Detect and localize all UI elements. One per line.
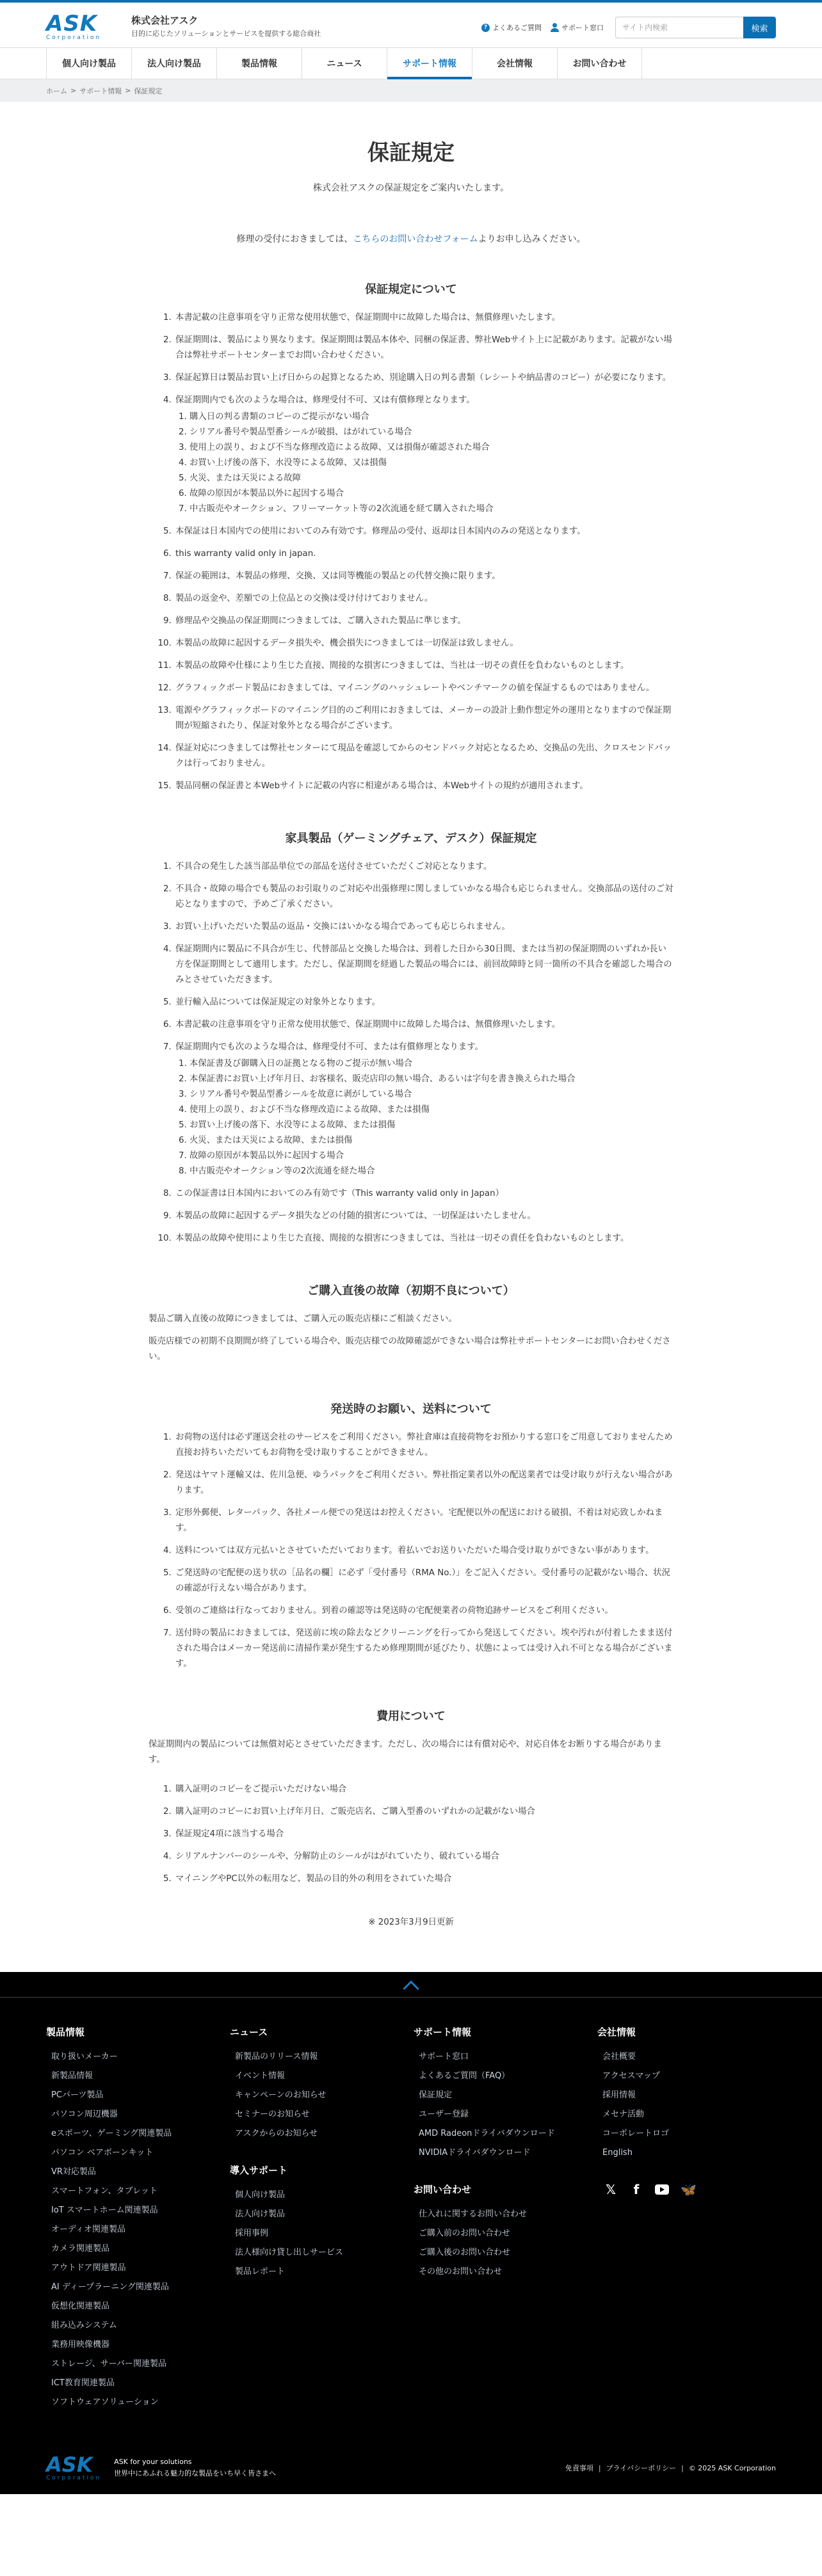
paragraph: 保証期間内の製品については無償対応とさせていただきます。ただし、次の場合には有償… [149,1737,673,1768]
nav-company-info[interactable]: 会社情報 [472,48,557,79]
footer-bottom: ASK Corporation ASK for your solutions 世… [0,2431,822,2494]
initial-defect-section: ご購入直後の故障（初期不良について） 製品ご購入直後の故障につきましては、ご購入… [149,1284,673,1365]
ask-logo[interactable]: ASK Corporation [46,13,115,42]
footer-heading[interactable]: 会社情報 [597,2024,781,2040]
bluesky-icon[interactable]: 🦋 [681,2182,695,2197]
footer-heading[interactable]: お問い合わせ [414,2182,597,2197]
list-item: シリアルナンバーのシールや、分解防止のシールがはがれていたり、破れている場合 [174,1849,673,1864]
breadcrumb-current: 保証規定 [134,86,162,96]
list-item-text: 保証期間内でも次のような場合は、修理受付不可、又は有償修理となります。 [175,395,475,405]
page-title: 保証規定 [149,139,673,167]
footer-link[interactable]: 組み込みシステム [51,2316,230,2335]
sub-list-item: 使用上の誤り、および不当な修理改造による故障、又は損傷が確認された場合 [189,440,673,456]
footer-column: 製品情報取り扱いメーカー新製品情報PCパーツ製品パソコン周辺機器eスポーツ、ゲー… [46,2024,230,2431]
footer-link[interactable]: ご購入前のお問い合わせ [419,2224,597,2243]
footer-link[interactable]: 個人向け製品 [235,2186,414,2205]
footer-link-list: 取り扱いメーカー新製品情報PCパーツ製品パソコン周辺機器eスポーツ、ゲーミング関… [46,2047,230,2412]
sub-list-item: 中古販売やオークション等の2次流通を経た場合 [189,1164,673,1179]
list-item: 購入証明のコピーにお買い上げ年月日、ご販売店名、ご購入型番のいずれかの記載がない… [174,1804,673,1820]
list-item: グラフィックボード製品におきましては、マイニングのハッシュレートやベンチマークの… [174,681,673,696]
copyright: © 2025 ASK Corporation [689,2464,776,2472]
list-item: 保証期間は、製品により異なります。保証期間は製品本体や、同梱の保証書、弊社Web… [174,333,673,363]
footer-heading[interactable]: 製品情報 [46,2024,230,2040]
footer-link[interactable]: セミナーのお知らせ [235,2105,414,2124]
list-item: 製品の返金や、差額での上位品との交換は受け付けておりません。 [174,591,673,607]
legal-links: 免責事項 | プライバシーポリシー | © 2025 ASK Corporati… [565,2463,776,2473]
section-title: 家具製品（ゲーミングチェア、デスク）保証規定 [149,831,673,847]
footer-link[interactable]: eスポーツ、ゲーミング関連製品 [51,2124,230,2143]
sub-list-item: 火災、または天災による故障、または損傷 [189,1133,673,1149]
repair-text-after: よりお申し込みください。 [478,234,586,244]
nav-business-products[interactable]: 法人向け製品 [131,48,216,79]
logo-text: ASK [46,13,115,35]
footer-link[interactable]: 仕入れに関するお問い合わせ [419,2205,597,2224]
paragraph: 製品ご購入直後の故障につきましては、ご購入元の販売店様にご相談ください。 [149,1312,673,1327]
footer-link[interactable]: 保証規定 [419,2086,597,2105]
footer-link[interactable]: オーディオ関連製品 [51,2220,230,2239]
footer-link[interactable]: 仮想化関連製品 [51,2297,230,2316]
sub-list: 本保証書及び御購入日の証拠となる物のご提示が無い場合 本保証書にお買い上げ年月日… [175,1056,673,1179]
list-item: 製品同梱の保証書と本Webサイトに記載の内容に相違がある場合は、本Webサイトの… [174,779,673,794]
list-item: 受領のご連絡は行なっておりません。到着の確認等は発送時の宅配便業者の荷物追跡サー… [174,1603,673,1619]
sub-list-item: 中古販売やオークション、フリーマーケット等の2次流通を経て購入された場合 [189,502,673,517]
footer-link[interactable]: ストレージ、サーバー関連製品 [51,2355,230,2374]
logo-subtext: Corporation [46,2475,101,2481]
list-item: 送付時の製品におきましては、発送前に埃の除去などクリーニングを行ってから発送して… [174,1626,673,1672]
list-item: 送料については双方元払いとさせていただいております。着払いでお送りいただいた場合… [174,1543,673,1559]
header-utilities: ? よくあるご質問 サポート窓口 検索 [481,17,776,38]
logo-text: ASK [46,2454,101,2475]
footer-heading[interactable]: サポート情報 [414,2024,597,2040]
logo-subtext: Corporation [46,35,115,41]
divider: | [599,2464,601,2472]
footer-link[interactable]: VR対応製品 [51,2163,230,2182]
sub-list-item: 購入日の判る書類のコピーのご提示がない場合 [189,409,673,425]
list-item: this warranty valid only in japan. [174,546,673,562]
footer-link[interactable]: パソコン周辺機器 [51,2105,230,2124]
list-item: 保証期間内に製品に不具合が生じ、代替部品と交換した場合は、到着した日から30日間… [174,942,673,988]
list-item: 定形外郵便、レターパック、各社メール便での発送はお控えください。宅配便以外の配送… [174,1506,673,1536]
footer-link[interactable]: スマートフォン、タブレット [51,2182,230,2201]
list-item-text: 保証期間内でも次のような場合は、修理受付不可、または有償修理となります。 [175,1042,483,1052]
breadcrumb-home[interactable]: ホーム [46,86,67,96]
footer-link[interactable]: ユーザー登録 [419,2105,597,2124]
footer-brand: ASK Corporation ASK for your solutions 世… [46,2454,276,2481]
section-title: 発送時のお願い、送料について [149,1402,673,1417]
list-item: 保証の範囲は、本製品の修理、交換、又は同等機能の製品との代替交換に限ります。 [174,569,673,584]
footer-link-list: 個人向け製品法人向け製品採用事例法人様向け貸し出しサービス製品レポート [230,2186,414,2282]
footer-link[interactable]: カメラ関連製品 [51,2239,230,2259]
updated-date: ※ 2023年3月9日更新 [149,1915,673,1972]
sub-list-item: 故障の原因が本製品以外に起因する場合 [189,1149,673,1164]
breadcrumb-support[interactable]: サポート情報 [79,86,122,96]
list-item: ご発送時の宅配便の送り状の［品名の欄］に必ず「受付番号（RMA No.）」をご記… [174,1566,673,1596]
chevron-up-icon [403,1980,419,1996]
company-tagline: 目的に応じたソリューションとサービスを提供する総合商社 [131,28,321,40]
sub-list-item: シリアル番号や製品型番シールが破損、はがれている場合 [189,425,673,440]
shipping-list: お荷物の送付は必ず運送会社のサービスをご利用ください。弊社倉庫は直接荷物をお預か… [149,1430,673,1672]
list-item: 保証起算日は製品お買い上げ日からの起算となるため、別途購入日の判る書類（レシート… [174,370,673,386]
section-title: ご購入直後の故障（初期不良について） [149,1284,673,1299]
list-item: 発送はヤマト運輸又は、佐川急便、ゆうパックをご利用ください。弊社指定業者以外の配… [174,1468,673,1499]
question-icon: ? [481,24,490,32]
footer-link[interactable]: アクセスマップ [602,2067,781,2086]
list-item: お荷物の送付は必ず運送会社のサービスをご利用ください。弊社倉庫は直接荷物をお預か… [174,1430,673,1461]
list-item: 保証対応につきましては弊社センターにて現品を確認してからのセンドバック対応となる… [174,741,673,772]
footer-link[interactable]: ソフトウェアソリューション [51,2393,230,2412]
list-item: お買い上げいただいた製品の返品・交換にはいかなる場合であっても応じられません。 [174,919,673,935]
footer-link-list: 仕入れに関するお問い合わせご購入前のお問い合わせご購入後のお問い合わせその他のお… [414,2205,597,2282]
list-item: 保証規定4項に該当する場合 [174,1827,673,1842]
footer-column: サポート情報サポート窓口よくあるご質問（FAQ）保証規定ユーザー登録AMD Ra… [414,2024,597,2431]
footer-link-list: 会社概要アクセスマップ採用情報メセナ活動コーポレートロゴEnglish [597,2047,781,2163]
shipping-section: 発送時のお願い、送料について お荷物の送付は必ず運送会社のサービスをご利用くださ… [149,1402,673,1672]
footer-link[interactable]: 会社概要 [602,2047,781,2067]
nav-personal-products[interactable]: 個人向け製品 [46,48,131,79]
footer-link[interactable]: 採用情報 [602,2086,781,2105]
footer-link[interactable]: 新製品のリリース情報 [235,2047,414,2067]
page-top-button[interactable] [0,1972,822,1998]
footer-link[interactable]: 採用事例 [235,2224,414,2243]
footer-link[interactable]: 法人向け製品 [235,2205,414,2224]
footer-link[interactable]: 製品レポート [235,2262,414,2282]
sub-list: 購入日の判る書類のコピーのご提示がない場合 シリアル番号や製品型番シールが破損、… [175,409,673,517]
footer-link[interactable]: サポート窓口 [419,2047,597,2067]
footer-link[interactable]: 業務用映像機器 [51,2335,230,2355]
list-item: 不具合の発生した該当部品単位での部品を送付させていただくご対応となります。 [174,859,673,875]
footer-link[interactable]: コーポレートロゴ [602,2124,781,2143]
x-icon[interactable]: 𝕏 [604,2182,618,2197]
person-icon [551,23,559,32]
repair-notice: 修理の受付におきましては、こちらのお問い合わせフォームよりお申し込みください。 [149,232,673,245]
list-item: 本製品の故障や仕様により生じた直接、間接的な損害につきましては、当社は一切その責… [174,658,673,674]
footer-link[interactable]: アスクからのお知らせ [235,2124,414,2143]
footer-heading[interactable]: 導入サポート [230,2163,414,2178]
section-title: 費用について [149,1709,673,1724]
footer-link[interactable]: アウトドア関連製品 [51,2259,230,2278]
social-links: 𝕏f🦋 [597,2182,781,2197]
list-item: 本製品の故障や使用により生じた直接、間接的な損害につきましては、当社は一切その責… [174,1231,673,1246]
repair-text-before: 修理の受付におきましては、 [236,234,353,244]
search-input[interactable] [615,17,743,38]
footer-link-list: サポート窓口よくあるご質問（FAQ）保証規定ユーザー登録AMD Radeonドラ… [414,2047,597,2163]
company-name: 株式会社アスク [131,14,321,27]
footer-link[interactable]: その他のお問い合わせ [419,2262,597,2282]
site-search: 検索 [615,17,776,38]
footer-link-list: 新製品のリリース情報イベント情報キャンペーンのお知らせセミナーのお知らせアスクか… [230,2047,414,2143]
breadcrumb-separator: > [125,86,131,95]
list-item: マイニングやPC以外の転用など、製品の目的外の利用をされていた場合 [174,1872,673,1887]
list-item: 保証期間内でも次のような場合は、修理受付不可、または有償修理となります。 本保証… [174,1040,673,1179]
company-info: 株式会社アスク 目的に応じたソリューションとサービスを提供する総合商社 [131,14,321,40]
list-item: 購入証明のコピーをご提示いただけない場合 [174,1782,673,1797]
faq-label: よくあるご質問 [492,22,542,33]
footer-link[interactable]: AMD Radeonドライバダウンロード [419,2124,597,2143]
cost-section: 費用について 保証期間内の製品については無償対応とさせていただきます。ただし、次… [149,1709,673,1887]
divider: | [681,2464,684,2472]
list-item: 電源やグラフィックボードのマイニング目的のご利用におきましては、メーカーの設計上… [174,703,673,734]
footer-link[interactable]: キャンペーンのお知らせ [235,2086,414,2105]
footer-link[interactable]: NVIDIAドライバダウンロード [419,2143,597,2163]
facebook-icon[interactable]: f [629,2182,643,2197]
section-title: 保証規定について [149,282,673,298]
sub-list-item: シリアル番号や製品型番シールを故意に剥がしている場合 [189,1087,673,1102]
nav-contact[interactable]: お問い合わせ [557,48,642,79]
footer-column: ニュース新製品のリリース情報イベント情報キャンペーンのお知らせセミナーのお知らせ… [230,2024,414,2431]
footer-link[interactable]: よくあるご質問（FAQ） [419,2067,597,2086]
footer-link[interactable]: IoT スマートホーム関連製品 [51,2201,230,2220]
footer-link[interactable]: 新製品情報 [51,2067,230,2086]
global-nav: 個人向け製品 法人向け製品 製品情報 ニュース サポート情報 会社情報 お問い合… [0,47,822,79]
slogan-jp: 世界中にあふれる魅力的な製品をいち早く皆さまへ [114,2468,276,2479]
sub-list-item: お買い上げ後の落下、水没等による故障、または損傷 [189,1118,673,1133]
footer-link[interactable]: English [602,2143,781,2163]
footer-link[interactable]: パソコン ベアボーンキット [51,2143,230,2163]
warranty-list: 本書記載の注意事項を守り正常な使用状態で、保証期間中に故障した場合は、無償修理い… [149,310,673,794]
support-label: サポート窓口 [561,22,604,33]
footer-link-columns: 製品情報取り扱いメーカー新製品情報PCパーツ製品パソコン周辺機器eスポーツ、ゲー… [0,1998,822,2431]
footer-column: 会社情報会社概要アクセスマップ採用情報メセナ活動コーポレートロゴEnglish𝕏… [597,2024,781,2431]
sub-list-item: 本保証書にお買い上げ年月日、お客様名、販売店印の無い場合、あるいは字句を書き換え… [189,1072,673,1087]
sub-list-item: 故障の原因が本製品以外に起因する場合 [189,486,673,502]
contact-form-link[interactable]: こちらのお問い合わせフォーム [353,234,478,244]
sub-list-item: 使用上の誤り、および不当な修理改造による故障、または損傷 [189,1102,673,1118]
sub-list-item: 本保証書及び御購入日の証拠となる物のご提示が無い場合 [189,1056,673,1072]
site-footer: 製品情報取り扱いメーカー新製品情報PCパーツ製品パソコン周辺機器eスポーツ、ゲー… [0,1972,822,2494]
footer-link[interactable]: AI ディープラーニング関連製品 [51,2278,230,2297]
list-item: 本保証は日本国内での使用においてのみ有効です。修理品の受付、返却は日本国内のみの… [174,524,673,539]
footer-link[interactable]: 法人様向け貸し出しサービス [235,2243,414,2262]
sub-list-item: 火災、または天災による故障 [189,471,673,486]
list-item: この保証書は日本国内においてのみ有効です（This warranty valid… [174,1186,673,1202]
disclaimer-link[interactable]: 免責事項 [565,2463,593,2473]
footer-link[interactable]: 取り扱いメーカー [51,2047,230,2067]
footer-link[interactable]: イベント情報 [235,2067,414,2086]
cost-list: 購入証明のコピーをご提示いただけない場合 購入証明のコピーにお買い上げ年月日、ご… [149,1782,673,1887]
list-item: 本書記載の注意事項を守り正常な使用状態で、保証期間中に故障した場合は、無償修理い… [174,310,673,326]
youtube-icon[interactable] [655,2184,669,2195]
footer-link[interactable]: ICT教育関連製品 [51,2374,230,2393]
footer-link[interactable]: PCパーツ製品 [51,2086,230,2105]
list-item: 並行輸入品については保証規定の対象外となります。 [174,995,673,1010]
footer-slogan: ASK for your solutions 世界中にあふれる魅力的な製品をいち… [114,2456,276,2479]
breadcrumb: ホーム > サポート情報 > 保証規定 [0,79,822,102]
nav-product-info[interactable]: 製品情報 [216,48,302,79]
list-item: 保証期間内でも次のような場合は、修理受付不可、又は有償修理となります。 購入日の… [174,393,673,517]
sub-list-item: お買い上げ後の落下、水没等による故障、又は損傷 [189,456,673,471]
footer-link[interactable]: ご購入後のお問い合わせ [419,2243,597,2262]
footer-logo[interactable]: ASK Corporation [46,2454,101,2481]
furniture-warranty-section: 家具製品（ゲーミングチェア、デスク）保証規定 不具合の発生した該当部品単位での部… [149,831,673,1246]
list-item: 修理品や交換品の保証期間につきましては、ご購入された製品に準じます。 [174,614,673,629]
site-header: ASK Corporation 株式会社アスク 目的に応じたソリューションとサー… [0,3,822,47]
list-item: 本書記載の注意事項を守り正常な使用状態で、保証期間中に故障した場合は、無償修理い… [174,1017,673,1033]
faq-link[interactable]: ? よくあるご質問 [481,22,542,33]
furniture-list: 不具合の発生した該当部品単位での部品を送付させていただくご対応となります。 不具… [149,859,673,1246]
list-item: 本製品の故障に起因するデータ損失などの付随的損害については、一切保証はいたしませ… [174,1209,673,1224]
page-subtitle: 株式会社アスクの保証規定をご案内いたします。 [149,181,673,194]
list-item: 不具合・故障の場合でも製品のお引取りのご対応や出張修理に関しましていかなる場合も… [174,882,673,912]
main-content: 保証規定 株式会社アスクの保証規定をご案内いたします。 修理の受付におきましては… [149,102,673,1972]
paragraph: 販売店様での初期不良期間が終了している場合や、販売店様での故障確認ができない場合… [149,1334,673,1365]
warranty-section: 保証規定について 本書記載の注意事項を守り正常な使用状態で、保証期間中に故障した… [149,282,673,794]
list-item: 本製品の故障に起因するデータ損失や、機会損失につきましては一切保証は致しません。 [174,636,673,651]
search-button[interactable]: 検索 [743,17,776,38]
privacy-policy-link[interactable]: プライバシーポリシー [606,2463,676,2473]
support-desk-link[interactable]: サポート窓口 [551,22,604,33]
nav-news[interactable]: ニュース [302,48,387,79]
slogan-en: ASK for your solutions [114,2456,276,2468]
breadcrumb-separator: > [70,86,76,95]
nav-support-info[interactable]: サポート情報 [387,48,472,79]
footer-heading[interactable]: ニュース [230,2024,414,2040]
footer-link[interactable]: メセナ活動 [602,2105,781,2124]
